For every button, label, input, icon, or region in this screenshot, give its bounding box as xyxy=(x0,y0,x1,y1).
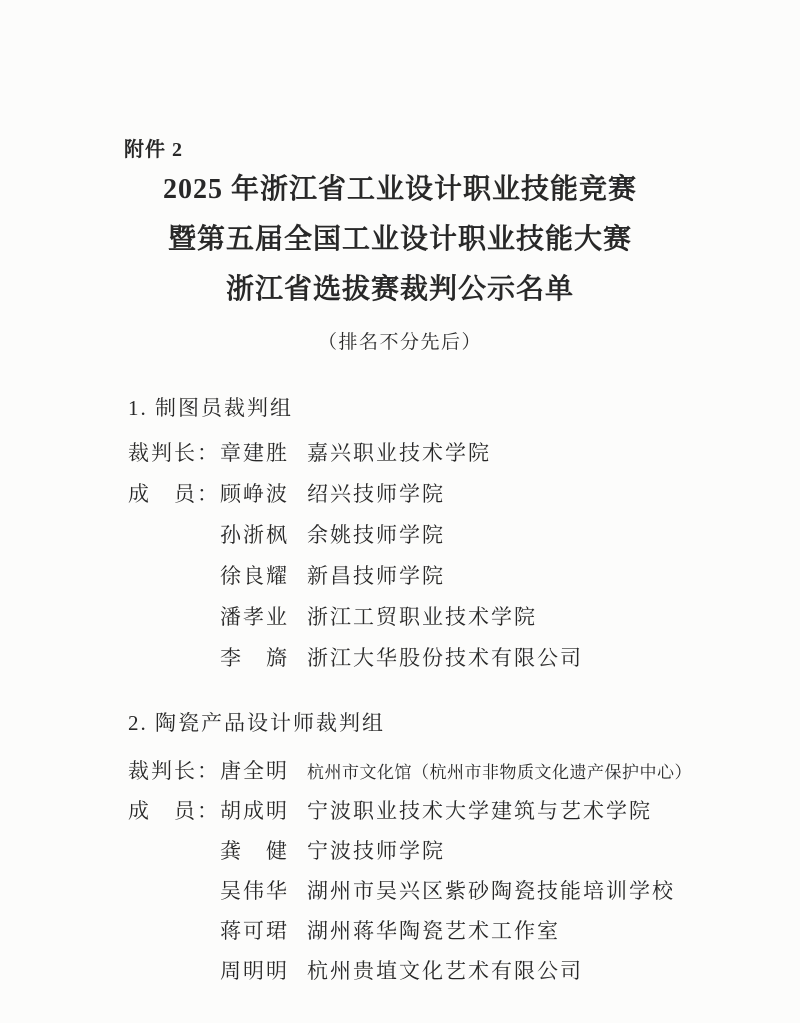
role-label: 成 员： xyxy=(128,478,220,508)
title-line-2: 暨第五届全国工业设计职业技能大赛 xyxy=(0,215,800,265)
judge-institution: 余姚技师学院 xyxy=(307,519,740,549)
attachment-label: 附件 2 xyxy=(124,0,800,163)
judge-name: 李 旖 xyxy=(220,642,307,672)
judge-institution: 湖州市吴兴区紫砂陶瓷技能培训学校 xyxy=(307,875,740,905)
judge-institution: 宁波技师学院 xyxy=(307,835,740,865)
ranking-note: （排名不分先后） xyxy=(0,330,800,356)
judge-name: 孙浙枫 xyxy=(220,519,307,549)
judge-name: 龚 健 xyxy=(220,835,307,865)
section-ceramic-designer-panel: 2. 陶瓷产品设计师裁判组 裁判长： 唐全明 杭州市文化馆（杭州市非物质文化遗产… xyxy=(128,710,740,995)
judge-name: 唐全明 xyxy=(220,755,307,785)
judge-row: 成 员： 顾峥波 绍兴技师学院 xyxy=(128,478,740,519)
judge-institution: 湖州蒋华陶瓷艺术工作室 xyxy=(307,915,740,945)
judge-name: 周明明 xyxy=(220,955,307,985)
scanned-document-page: 附件 2 2025 年浙江省工业设计职业技能竞赛 暨第五届全国工业设计职业技能大… xyxy=(0,0,800,1023)
judge-name: 胡成明 xyxy=(220,795,307,825)
section-heading: 1. 制图员裁判组 xyxy=(128,395,740,421)
judge-institution: 嘉兴职业技术学院 xyxy=(307,437,740,467)
judge-institution: 杭州贵埴文化艺术有限公司 xyxy=(307,955,740,985)
judge-name: 潘孝业 xyxy=(220,601,307,631)
judge-row: 龚 健 宁波技师学院 xyxy=(128,835,740,875)
judge-row: 吴伟华 湖州市吴兴区紫砂陶瓷技能培训学校 xyxy=(128,875,740,915)
judge-row: 蒋可珺 湖州蒋华陶瓷艺术工作室 xyxy=(128,915,740,955)
section-drafter-panel: 1. 制图员裁判组 裁判长： 章建胜 嘉兴职业技术学院 成 员： 顾峥波 绍兴技… xyxy=(128,395,740,683)
section-heading: 2. 陶瓷产品设计师裁判组 xyxy=(128,710,740,736)
judge-name: 章建胜 xyxy=(220,437,307,467)
judge-row: 裁判长： 章建胜 嘉兴职业技术学院 xyxy=(128,437,740,478)
judge-row: 裁判长： 唐全明 杭州市文化馆（杭州市非物质文化遗产保护中心） xyxy=(128,755,740,795)
judge-row: 成 员： 胡成明 宁波职业技术大学建筑与艺术学院 xyxy=(128,795,740,835)
judge-institution: 浙江大华股份技术有限公司 xyxy=(307,642,740,672)
document-title: 2025 年浙江省工业设计职业技能竞赛 暨第五届全国工业设计职业技能大赛 浙江省… xyxy=(0,165,800,315)
judge-institution: 绍兴技师学院 xyxy=(307,478,740,508)
judge-row: 李 旖 浙江大华股份技术有限公司 xyxy=(128,642,740,683)
judge-institution: 宁波职业技术大学建筑与艺术学院 xyxy=(307,795,740,825)
judge-name: 徐良耀 xyxy=(220,560,307,590)
judge-name: 吴伟华 xyxy=(220,875,307,905)
judge-institution: 杭州市文化馆（杭州市非物质文化遗产保护中心） xyxy=(307,758,740,783)
judge-name: 蒋可珺 xyxy=(220,915,307,945)
title-line-1: 2025 年浙江省工业设计职业技能竞赛 xyxy=(0,165,800,215)
judge-institution: 新昌技师学院 xyxy=(307,560,740,590)
judge-row: 徐良耀 新昌技师学院 xyxy=(128,560,740,601)
judge-institution: 浙江工贸职业技术学院 xyxy=(307,601,740,631)
role-label: 成 员： xyxy=(128,795,220,825)
judge-name: 顾峥波 xyxy=(220,478,307,508)
judge-row: 周明明 杭州贵埴文化艺术有限公司 xyxy=(128,955,740,995)
title-line-3: 浙江省选拔赛裁判公示名单 xyxy=(0,265,800,315)
role-label: 裁判长： xyxy=(128,755,220,785)
judge-row: 潘孝业 浙江工贸职业技术学院 xyxy=(128,601,740,642)
role-label: 裁判长： xyxy=(128,437,220,467)
judge-row: 孙浙枫 余姚技师学院 xyxy=(128,519,740,560)
